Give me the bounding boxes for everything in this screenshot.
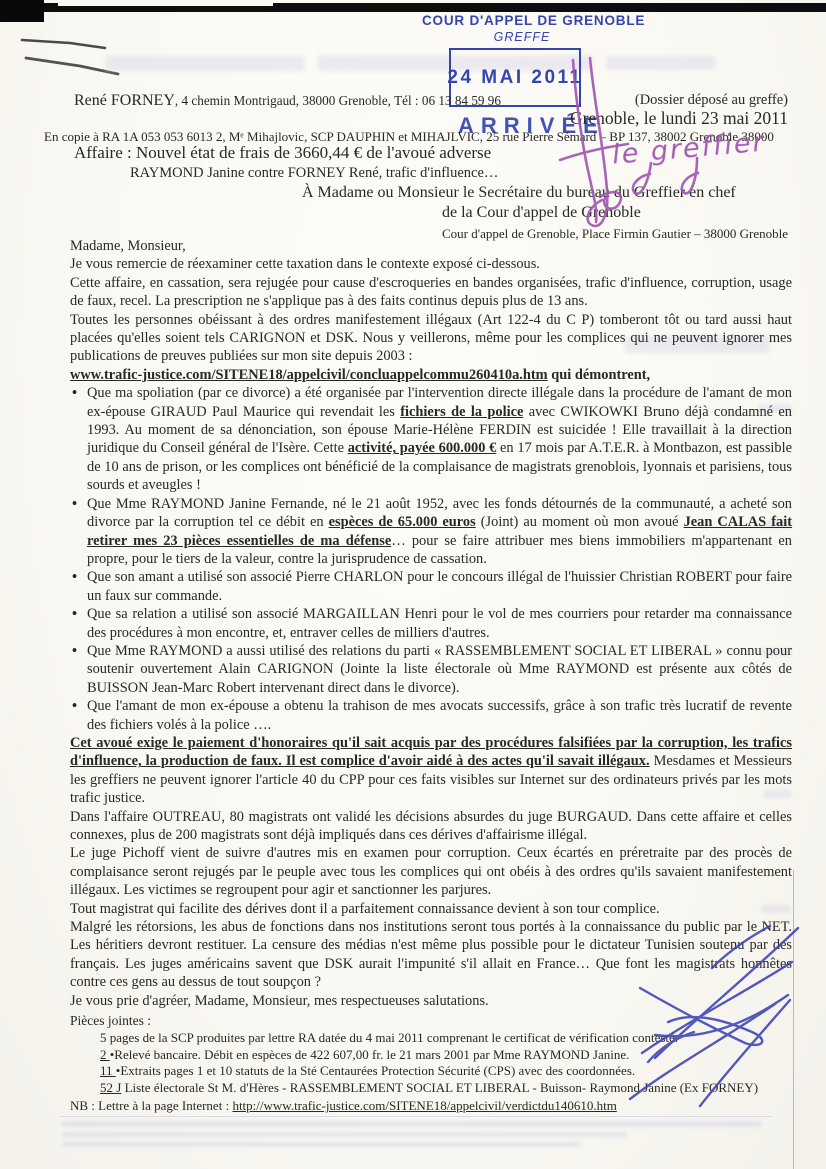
text-segment: Toutes les personnes obéissant à des ord… (70, 312, 792, 365)
sender-name: René FORNEY (74, 92, 175, 109)
bleed-through-ghost (62, 1132, 627, 1137)
body-paragraph: Je vous remercie de réexaminer cette tax… (70, 255, 792, 273)
text-segment: (Joint) au moment où mon avoué (476, 514, 684, 530)
bleed-through-ghost (62, 1121, 762, 1127)
text-segment: 5 pages de la SCP produites par lettre R… (100, 1030, 678, 1045)
salutation: Madame, Monsieur, (70, 237, 792, 255)
scanned-letter-page: COUR D'APPEL DE GRENOBLE GREFFE 24 MAI 2… (0, 0, 826, 1169)
text-segment: •Relevé bancaire. Débit en espèces de 42… (110, 1047, 630, 1062)
page-edge-line (793, 870, 794, 1169)
text-segment: NB : Lettre à la page Internet : (70, 1098, 232, 1113)
text-segment: activité, payée 600.000 € (348, 440, 497, 456)
text-segment: 11 (100, 1063, 116, 1078)
bleed-through-ghost (606, 56, 716, 70)
bullet-item: Que ma spoliation (par ce divorce) a été… (70, 384, 792, 494)
recipient-line1: À Madame ou Monsieur le Secrétaire du bu… (302, 184, 736, 202)
text-segment: Tout magistrat qui facilite des dérives … (70, 901, 660, 917)
text-segment: Liste électorale St M. d'Hères - RASSEMB… (121, 1080, 758, 1095)
bleed-through-ghost (105, 56, 305, 71)
bullet-item: Que son amant a utilisé son associé Pier… (70, 568, 792, 605)
bleed-through-ghost (62, 1142, 582, 1147)
attachments-list: 5 pages de la SCP produites par lettre R… (70, 1030, 792, 1096)
bullet-item: Que sa relation a utilisé son associé MA… (70, 605, 792, 642)
nb-line: NB : Lettre à la page Internet : http://… (70, 1097, 792, 1115)
body-paragraph: Cette affaire, en cassation, sera rejugé… (70, 274, 792, 311)
text-segment: Le juge Pichoff vient de suivre d'autres… (70, 845, 792, 898)
recipient-line2: de la Cour d'appel de Grenoble (442, 204, 641, 222)
scan-edge-notch (58, 0, 273, 6)
text-segment: Que sa relation a utilisé son associé MA… (87, 606, 792, 640)
bullet-item: Que l'amant de mon ex-épouse a obtenu la… (70, 697, 792, 734)
attachment-item: 11 •Extraits pages 1 et 10 statuts de la… (70, 1063, 792, 1080)
text-segment: www.trafic-justice.com/SITENE18/appelciv… (70, 367, 548, 383)
attachment-item: 5 pages de la SCP produites par lettre R… (70, 1030, 792, 1047)
text-segment: •Extraits pages 1 et 10 statuts de la St… (116, 1063, 635, 1078)
body-paragraph: Cet avoué exige le paiement d'honoraires… (70, 734, 792, 808)
text-segment: 52 J (100, 1080, 121, 1095)
case-subject-line1: Affaire : Nouvel état de frais de 3660,4… (74, 143, 491, 163)
text-segment: Je vous prie d'agréer, Madame, Monsieur,… (70, 993, 489, 1009)
body-paragraph: Le juge Pichoff vient de suivre d'autres… (70, 844, 792, 899)
attachment-item: 2 •Relevé bancaire. Débit en espèces de … (70, 1047, 792, 1064)
bullet-item: Que Mme RAYMOND a aussi utilisé des rela… (70, 642, 792, 697)
text-segment: Malgré les rétorsions, les abus de fonct… (70, 919, 792, 990)
text-segment: Que Mme RAYMOND a aussi utilisé des rela… (87, 643, 792, 696)
text-segment: espèces de 65.000 euros (329, 514, 476, 530)
text-segment: qui démontrent, (548, 367, 650, 383)
scan-edge-corner (0, 0, 44, 22)
sender-address: , 4 chemin Montrigaud, 38000 Grenoble, T… (175, 93, 501, 108)
text-segment: 2 (100, 1047, 110, 1062)
body-paragraph: Dans l'affaire OUTREAU, 80 magistrats on… (70, 808, 792, 845)
body-paragraph: Toutes les personnes obéissant à des ord… (70, 311, 792, 366)
stamp-court-name: COUR D'APPEL DE GRENOBLE (422, 13, 622, 28)
paragraphs: Je vous remercie de réexaminer cette tax… (70, 255, 792, 1010)
text-segment: Je vous remercie de réexaminer cette tax… (70, 256, 540, 272)
text-segment: fichiers de la police (400, 404, 523, 420)
attachments-title: Pièces jointes : (70, 1012, 792, 1030)
stamp-greffe-label: GREFFE (422, 30, 622, 44)
text-segment: Que son amant a utilisé son associé Pier… (87, 569, 792, 603)
body-paragraph: www.trafic-justice.com/SITENE18/appelciv… (70, 366, 792, 384)
attachment-item: 52 J Liste électorale St M. d'Hères - RA… (70, 1080, 792, 1097)
sender-line: René FORNEY, 4 chemin Montrigaud, 38000 … (74, 92, 501, 110)
body-paragraph: Malgré les rétorsions, les abus de fonct… (70, 918, 792, 992)
text-segment: Dans l'affaire OUTREAU, 80 magistrats on… (70, 809, 792, 843)
bullet-item: Que Mme RAYMOND Janine Fernande, né le 2… (70, 495, 792, 569)
text-segment: Que l'amant de mon ex-épouse a obtenu la… (87, 698, 792, 732)
letter-body: Madame, Monsieur, Je vous remercie de ré… (70, 237, 792, 1115)
case-subject-line2: RAYMOND Janine contre FORNEY René, trafi… (130, 165, 498, 182)
text-segment: Cette affaire, en cassation, sera rejugé… (70, 275, 792, 309)
body-paragraph: Je vous prie d'agréer, Madame, Monsieur,… (70, 992, 792, 1010)
stamp-date: 24 MAI 2011 (447, 67, 582, 89)
letter-date: Grenoble, le lundi 23 mai 2011 (570, 108, 788, 129)
deposit-note: (Dossier déposé au greffe) (635, 92, 788, 109)
bleed-through-rule (60, 1116, 772, 1117)
text-segment: http://www.trafic-justice.com/SITENE18/a… (232, 1098, 616, 1113)
body-paragraph: Tout magistrat qui facilite des dérives … (70, 900, 792, 918)
